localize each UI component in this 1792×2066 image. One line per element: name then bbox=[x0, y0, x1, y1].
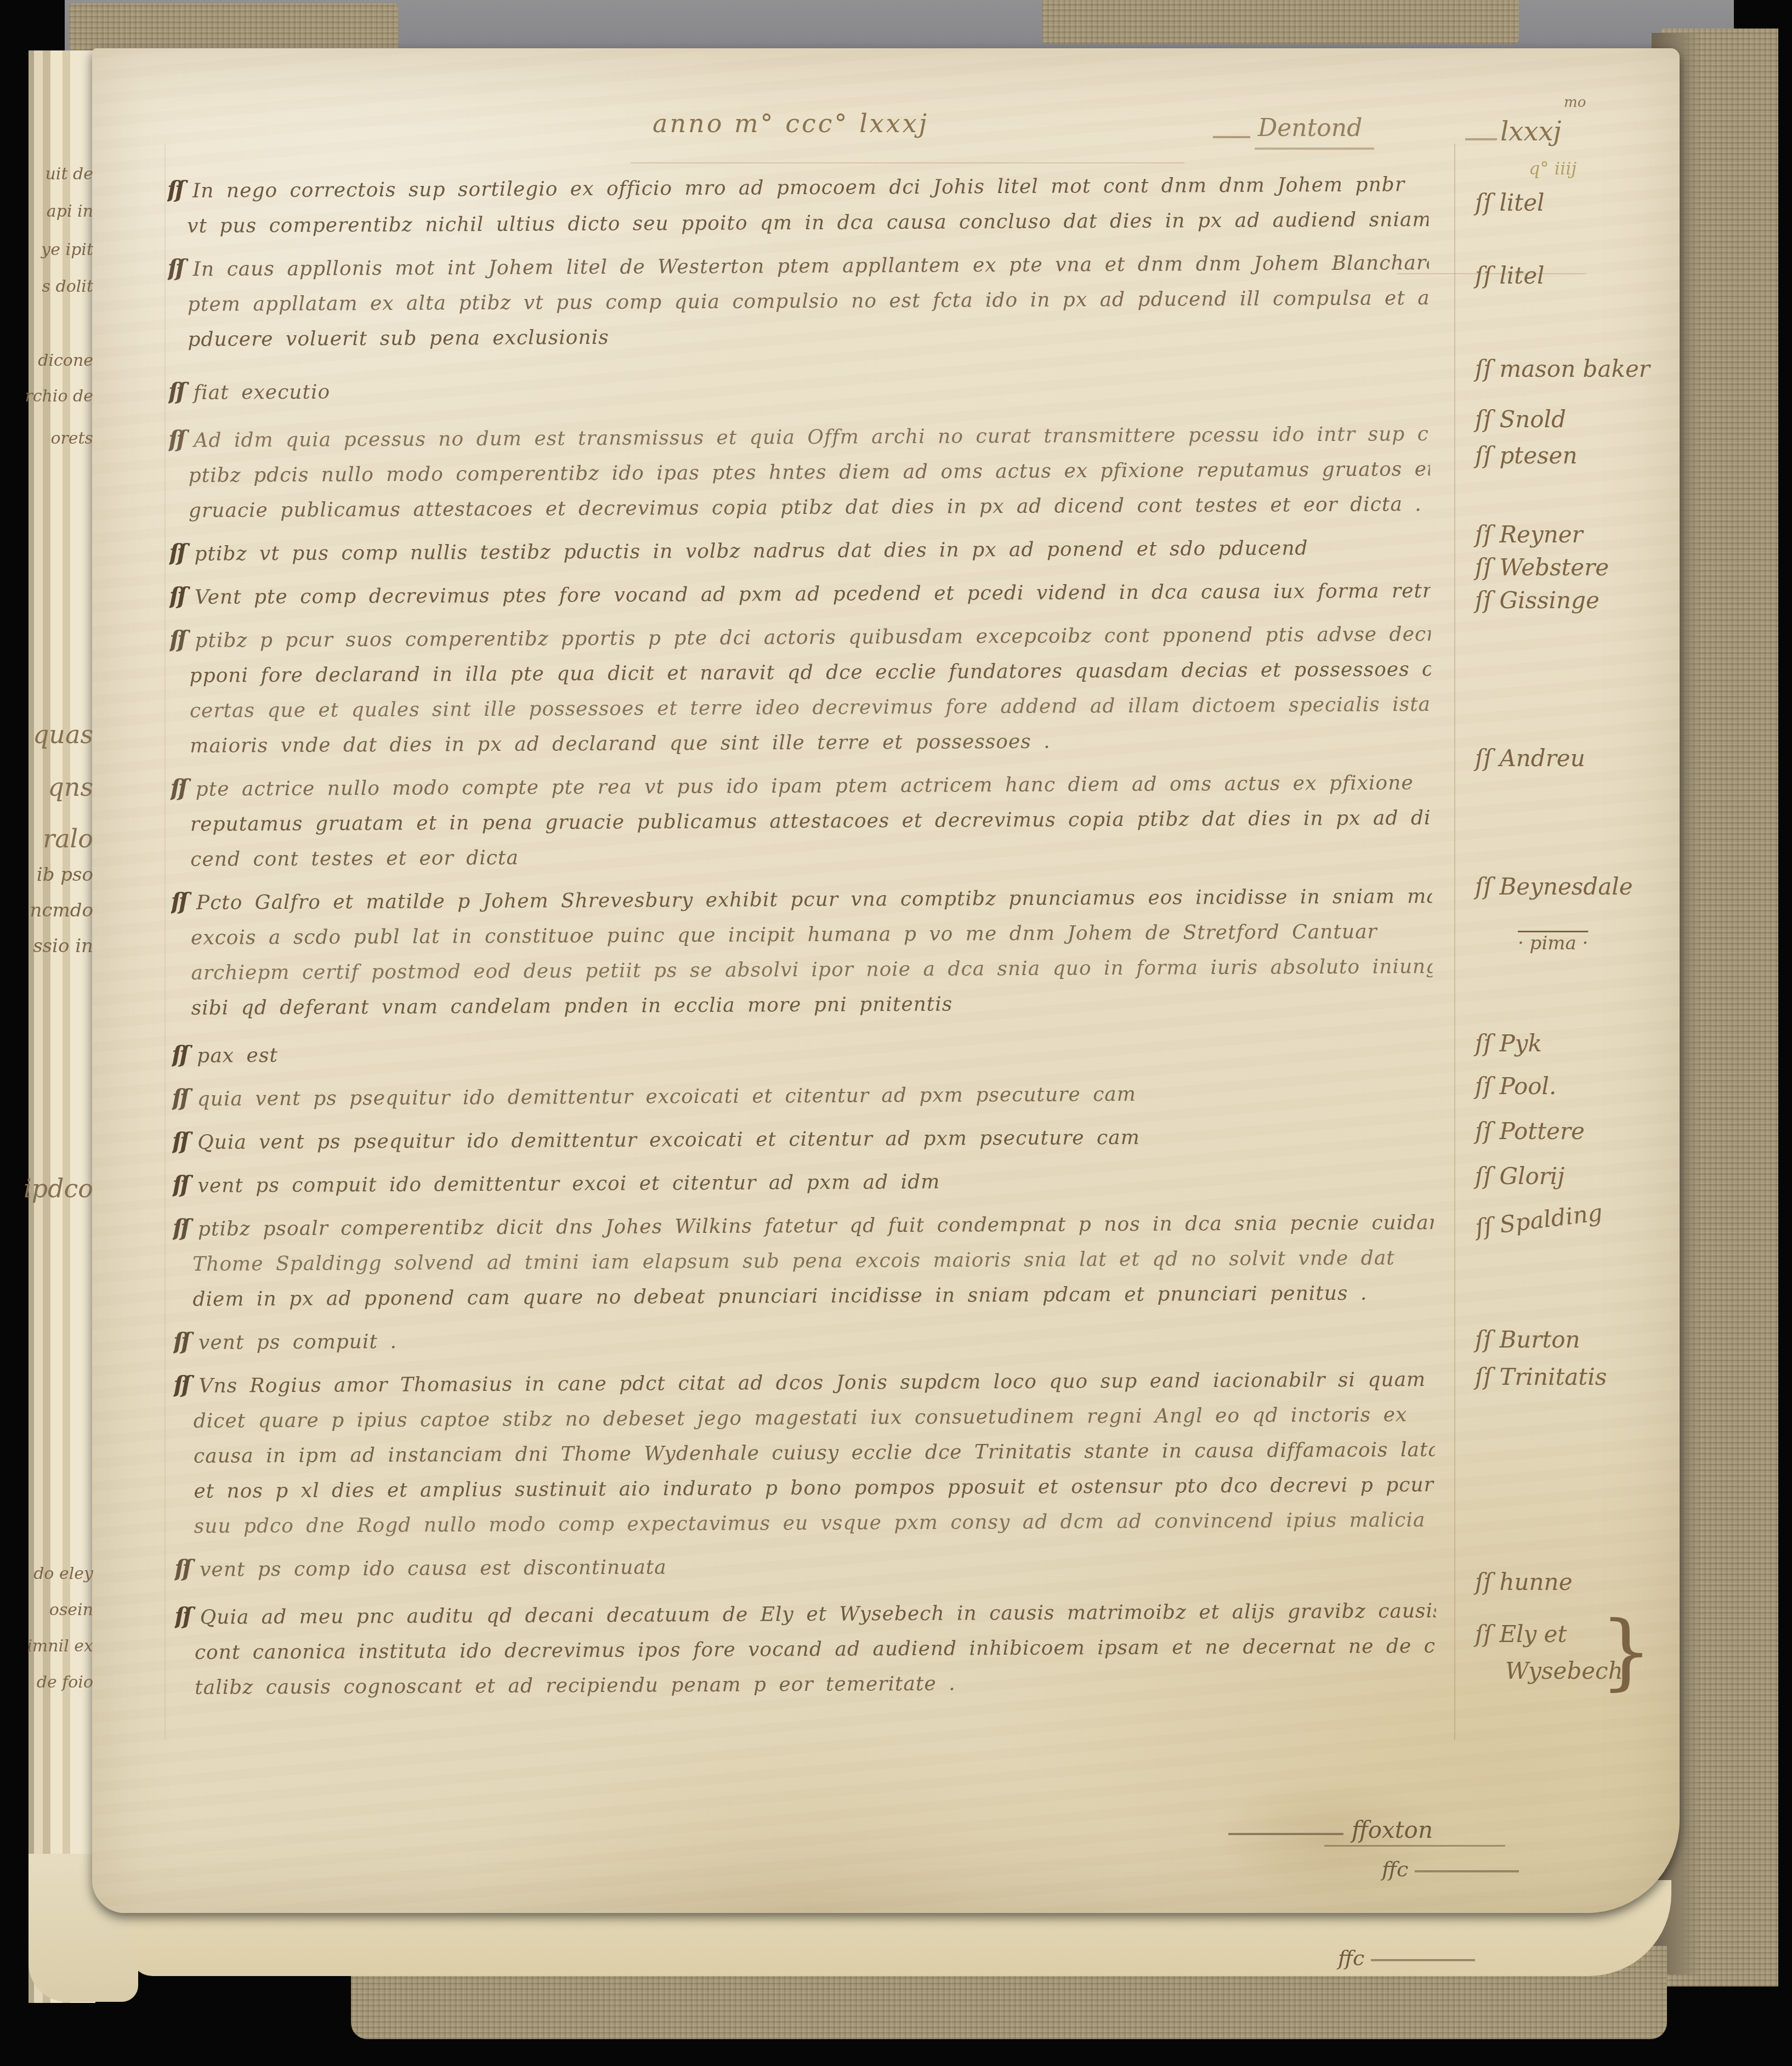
line-text: diem in px ad pponend cam quare no debea… bbox=[192, 1282, 1367, 1311]
line-text: causa in ipm ad instanciam dni Thome Wyd… bbox=[194, 1439, 1436, 1468]
line-text: pducere voluerit sub pena exclusionis bbox=[188, 326, 609, 351]
margin-note-glorij: ſſ Glorij bbox=[1475, 1163, 1564, 1190]
paraph-mark: ſſ bbox=[174, 1603, 200, 1629]
line-text: vt pus comperentibz nichil ultius dicto … bbox=[187, 208, 1436, 237]
gutter-fragment: qns bbox=[15, 772, 93, 802]
line-text: Vns Rogius amor Thomasius in cane pdct c… bbox=[199, 1368, 1426, 1397]
line-text: vent ps compuit ido demittentur excoi et… bbox=[197, 1171, 940, 1197]
line-text: sibi qd deferant vnam candelam pnden in … bbox=[191, 993, 953, 1020]
scribe-signature: ffoxton bbox=[1346, 1816, 1438, 1843]
folio-superscript: mo bbox=[1564, 94, 1586, 111]
manuscript-line: ſſIn nego correctois sup sortilegio ex o… bbox=[167, 166, 1428, 209]
gutter-fragment: ib pso bbox=[15, 864, 93, 886]
manuscript-line: ſſQuia ad meu pnc auditu qd decani decat… bbox=[174, 1592, 1436, 1635]
gutter-fragment: api in bbox=[15, 202, 93, 221]
margin-rule-left bbox=[165, 144, 166, 1740]
margin-note-hunne: ſſ hunne bbox=[1475, 1569, 1573, 1595]
paraph-mark: ſſ bbox=[173, 1328, 199, 1355]
paraph-mark: ſſ bbox=[173, 1214, 198, 1241]
line-text: In caus appllonis mot int Johem litel de… bbox=[193, 252, 1437, 281]
margin-note-pottere: ſſ Pottere bbox=[1475, 1118, 1585, 1145]
manuscript-line: ſſvent ps comp ido causa est discontinua… bbox=[174, 1544, 1436, 1588]
manuscript-line: vt pus comperentibz nichil ultius dicto … bbox=[167, 202, 1428, 244]
manuscript-line: causa in ipm ad instanciam dni Thome Wyd… bbox=[174, 1433, 1435, 1474]
manuscript-line: ptem appllatam ex alta ptibz vt pus comp… bbox=[168, 281, 1429, 322]
line-text: pponi fore declarand in illa pte qua dic… bbox=[189, 658, 1436, 687]
manuscript-line: Thome Spaldingg solvend ad tmini iam ela… bbox=[173, 1241, 1434, 1282]
manuscript-line: cont canonica instituta ido decrevimus i… bbox=[175, 1629, 1436, 1671]
line-text: archiepm certif postmod eod deus petiit … bbox=[191, 955, 1436, 984]
line-text: cont canonica instituta ido decrevimus i… bbox=[195, 1634, 1437, 1664]
gutter-fragment: quas bbox=[15, 720, 93, 749]
gutter-fragment: ye ipit bbox=[15, 240, 93, 259]
manuscript-line: ſſfiat executio bbox=[168, 367, 1430, 411]
gutter-fragment: orets bbox=[15, 429, 93, 448]
margin-note-ptesen: ſſ ptesen bbox=[1475, 442, 1578, 469]
paraph-mark: ſſ bbox=[168, 426, 194, 452]
folio-note: q° iiij bbox=[1529, 158, 1576, 179]
manuscript-line: ſſVns Rogius amor Thomasius in cane pdct… bbox=[173, 1361, 1434, 1404]
gutter-fragment: do eley bbox=[15, 1564, 93, 1583]
manuscript-line: ſſvent ps compuit . bbox=[173, 1317, 1434, 1361]
paraph-mark: ſſ bbox=[167, 176, 192, 203]
manuscript-line: ſſQuia vent ps psequitur ido demittentur… bbox=[172, 1117, 1433, 1161]
manuscript-line: ſſquia vent ps psequitur ido demittentur… bbox=[172, 1074, 1433, 1117]
paraph-mark: ſſ bbox=[169, 582, 195, 609]
line-text: maioris vnde dat dies in px ad declarand… bbox=[190, 731, 1051, 757]
manuscript-line: excois a scdo publ lat in constituoe pui… bbox=[171, 914, 1432, 956]
line-text: fiat executio bbox=[194, 381, 330, 404]
margin-rule-right bbox=[1454, 144, 1455, 1740]
manuscript-line: ſſvent ps compuit ido demittentur excoi … bbox=[172, 1161, 1433, 1204]
manuscript-line: gruacie publicamus attestacoes et decrev… bbox=[169, 487, 1430, 529]
gutter-fragment: ralo bbox=[15, 824, 93, 853]
line-text: dicet quare p ipius captoe stibz no debe… bbox=[194, 1403, 1408, 1433]
line-text: certas que et quales sint ille possessoe… bbox=[190, 693, 1437, 722]
manuscript-line: ſſptibz vt pus comp nullis testibz pduct… bbox=[169, 529, 1430, 572]
date-heading: anno m° ccc° lxxxj bbox=[653, 109, 929, 138]
line-text: pte actrice nullo modo compte pte rea vt… bbox=[196, 772, 1414, 801]
quire-mark: ffc bbox=[1338, 1946, 1364, 1970]
line-text: excois a scdo publ lat in constituoe pui… bbox=[191, 921, 1377, 949]
paraph-mark: ſſ bbox=[172, 1041, 197, 1068]
manuscript-line: maioris vnde dat dies in px ad declarand… bbox=[170, 722, 1431, 764]
quire-mark: ffc bbox=[1382, 1857, 1408, 1881]
line-text: cend cont testes et eor dicta bbox=[190, 847, 519, 871]
manuscript-line: talibz causis cognoscant et ad recipiend… bbox=[175, 1664, 1436, 1706]
line-text: ptibz p pcur suos comperentibz pportis p… bbox=[195, 622, 1436, 652]
header-name: Dentond bbox=[1255, 114, 1374, 150]
paraph-mark: ſſ bbox=[172, 1128, 197, 1154]
line-text: talibz causis cognoscant et ad recipiend… bbox=[195, 1673, 956, 1699]
manuscript-line: archiepm certif postmod eod deus petiit … bbox=[171, 949, 1432, 991]
margin-note-burton: ſſ Burton bbox=[1475, 1326, 1580, 1353]
line-text: vent ps compuit . bbox=[199, 1331, 397, 1354]
gutter-fragment: ssio in bbox=[15, 935, 93, 957]
binding-cloth-top-left bbox=[69, 3, 398, 50]
manuscript-line: certas que et quales sint ille possessoe… bbox=[170, 687, 1431, 729]
manuscript-line: ſſAd idm quia pcessus no dum est transmi… bbox=[168, 415, 1430, 459]
line-text: ptibz psoalr comperentibz dicit dns Johe… bbox=[198, 1211, 1436, 1240]
manuscript-line: ſſIn caus appllonis mot int Johem litel … bbox=[167, 244, 1428, 287]
margin-note-mason-baker: ſſ mason baker bbox=[1475, 355, 1650, 382]
paraph-mark: ſſ bbox=[172, 1171, 197, 1198]
manuscript-line: pducere voluerit sub pena exclusionis bbox=[168, 316, 1429, 358]
margin-note-trinitatis: ſſ Trinitatis bbox=[1475, 1363, 1607, 1390]
manuscript-line: ptibz pdcis nullo modo comperentibz ido … bbox=[168, 452, 1430, 494]
paraph-mark: ſſ bbox=[172, 1084, 197, 1111]
margin-note-litel-1: ſſ litel bbox=[1475, 189, 1544, 216]
line-text: pax est bbox=[197, 1044, 278, 1067]
paraph-mark: ſſ bbox=[170, 774, 195, 801]
margin-note-webstere: ſſ Webstere bbox=[1475, 554, 1609, 581]
paraph-mark: ſſ bbox=[169, 539, 194, 566]
manuscript-line: ſſptibz p pcur suos comperentibz pportis… bbox=[169, 615, 1431, 659]
manuscript-line: et nos p xl dies et amplius sustinuit ai… bbox=[174, 1468, 1435, 1509]
margin-note-ely-et: ſſ Ely et bbox=[1475, 1621, 1567, 1648]
line-text: Thome Spaldingg solvend ad tmini iam ela… bbox=[192, 1247, 1395, 1275]
act-book-text-block: ſſIn nego correctois sup sortilegio ex o… bbox=[167, 159, 1437, 1706]
line-text: gruacie publicamus attestacoes et decrev… bbox=[189, 493, 1422, 522]
line-text: vent ps comp ido causa est discontinuata bbox=[200, 1556, 667, 1581]
margin-bracket: } bbox=[1600, 1604, 1652, 1700]
gutter-fragment: imnil ex bbox=[15, 1637, 93, 1656]
margin-note-pool: ſſ Pool. bbox=[1475, 1073, 1556, 1100]
line-text: et nos p xl dies et amplius sustinuit ai… bbox=[194, 1474, 1434, 1503]
paraph-mark: ſſ bbox=[174, 1555, 200, 1582]
binding-cloth-top-right bbox=[1042, 0, 1519, 44]
manuscript-line: ſſPcto Galfro et matilde p Johem Shreves… bbox=[171, 878, 1432, 921]
margin-note-reyner: ſſ Reyner bbox=[1475, 521, 1583, 548]
manuscript-line: ſſpax est bbox=[172, 1031, 1433, 1074]
manuscript-line: sibi qd deferant vnam candelam pnden in … bbox=[172, 984, 1433, 1026]
gutter-fragment: ncmdo bbox=[15, 899, 93, 921]
margin-note-litel-2: ſſ litel bbox=[1475, 262, 1544, 289]
manuscript-line: ſſpte actrice nullo modo compte pte rea … bbox=[170, 764, 1431, 807]
margin-note-andreu: ſſ Andreu bbox=[1475, 745, 1585, 772]
manuscript-line: cend cont testes et eor dicta bbox=[171, 836, 1432, 878]
line-text: ptibz vt pus comp nullis testibz pductis… bbox=[194, 537, 1308, 565]
line-text: Pcto Galfro et matilde p Johem Shrevesbu… bbox=[196, 885, 1437, 914]
line-text: ptibz pdcis nullo modo comperentibz ido … bbox=[189, 457, 1437, 487]
manuscript-line: suu pdco dne Rogd nullo modo comp expect… bbox=[174, 1503, 1435, 1544]
manuscript-line: pponi fore declarand in illa pte qua dic… bbox=[169, 652, 1431, 694]
line-text: suu pdco dne Rogd nullo modo comp expect… bbox=[194, 1509, 1426, 1538]
line-text: reputamus gruatam et in pena gruacie pub… bbox=[190, 807, 1431, 836]
margin-note-pima: · pima · bbox=[1518, 932, 1588, 954]
gutter-fragment: ipdco bbox=[15, 1174, 93, 1203]
line-text: In nego correctois sup sortilegio ex off… bbox=[192, 173, 1405, 202]
manuscript-line: ſſVent pte comp decrevimus ptes fore voc… bbox=[169, 572, 1431, 615]
manuscript-line: diem in px ad pponend cam quare no debea… bbox=[173, 1276, 1434, 1317]
paraph-mark: ſſ bbox=[169, 626, 195, 653]
page-stack-edges bbox=[29, 50, 95, 2003]
paraph-mark: ſſ bbox=[168, 378, 194, 405]
paraph-mark: ſſ bbox=[173, 1371, 199, 1398]
gutter-fragment: de foio bbox=[15, 1673, 93, 1692]
dash-stroke bbox=[1465, 138, 1497, 140]
gutter-fragment: osein bbox=[15, 1600, 93, 1620]
manuscript-line: reputamus gruatam et in pena gruacie pub… bbox=[171, 801, 1432, 842]
paraph-mark: ſſ bbox=[168, 254, 193, 281]
line-text: Vent pte comp decrevimus ptes fore vocan… bbox=[195, 579, 1437, 608]
manuscript-photo: anno m° ccc° lxxxj Dentond lxxxj mo q° i… bbox=[0, 0, 1792, 2066]
paraph-mark: ſſ bbox=[171, 888, 196, 915]
line-text: Quia ad meu pnc auditu qd decani decatuu… bbox=[200, 1599, 1437, 1629]
gutter-fragment: s dolit bbox=[15, 277, 93, 296]
gutter-fragment: dicone bbox=[15, 351, 93, 370]
line-text: Quia vent ps psequitur ido demittentur e… bbox=[197, 1127, 1140, 1154]
line-text: quia vent ps psequitur ido demittentur e… bbox=[197, 1083, 1136, 1111]
folio-number: lxxxj bbox=[1500, 116, 1561, 147]
margin-note-gissinge: ſſ Gissinge bbox=[1475, 587, 1600, 614]
margin-note-pyk: ſſ Pyk bbox=[1475, 1030, 1542, 1057]
manuscript-line: ſſptibz psoalr comperentibz dicit dns Jo… bbox=[173, 1204, 1434, 1247]
gutter-fragment: uit de bbox=[15, 165, 93, 184]
line-text: Ad idm quia pcessus no dum est transmiss… bbox=[194, 422, 1436, 452]
dash-stroke bbox=[1213, 136, 1250, 138]
margin-note-beynesdale: ſſ Beynesdale bbox=[1475, 873, 1633, 900]
manuscript-line: dicet quare p ipius captoe stibz no debe… bbox=[173, 1397, 1434, 1439]
line-text: ptem appllatam ex alta ptibz vt pus comp… bbox=[188, 286, 1436, 316]
margin-note-snold: ſſ Snold bbox=[1475, 406, 1566, 433]
gutter-fragment: rchio de bbox=[15, 387, 93, 406]
